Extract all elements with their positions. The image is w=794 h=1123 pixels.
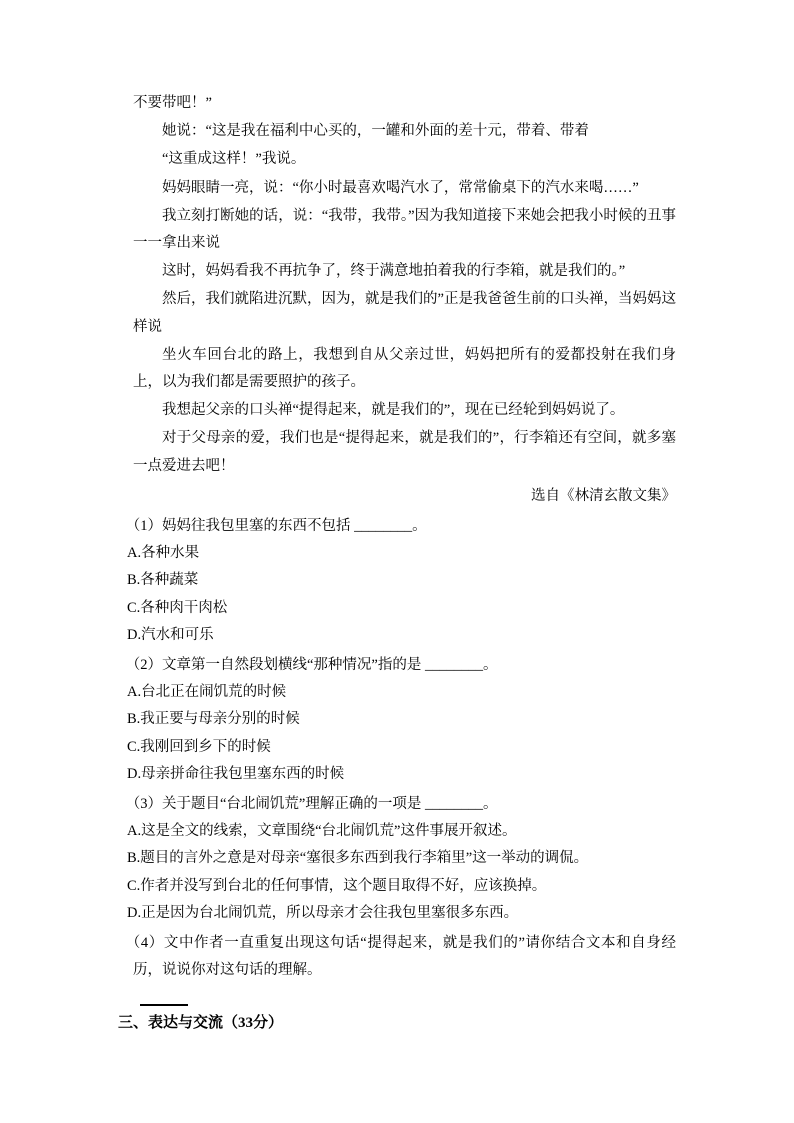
question-3: （3）关于题目“台北闹饥荒”理解正确的一项是 ________。 A.这是全文的… [118,791,676,927]
question-prompt: （1）妈妈往我包里塞的东西不包括 ________。 [133,513,676,540]
option-a: A.各种水果 [127,540,676,567]
question-prompt: （2）文章第一自然段划横线“那种情况”指的是 ________。 [133,652,676,679]
passage-paragraph: 妈妈眼睛一亮，说：“你小时最喜欢喝汽水了，常常偷桌下的汽水来喝……” [133,175,676,202]
option-b: B.各种蔬菜 [127,567,676,594]
page-content: 不要带吧！” 她说：“这是我在福利中心买的，一罐和外面的差十元，带着、带着 “这… [118,90,676,1037]
passage-paragraph: 这时，妈妈看我不再抗争了，终于满意地拍着我的行李箱，就是我们的。” [133,258,676,285]
option-c: C.作者并没写到台北的任何事情，这个题目取得不好，应该换掉。 [127,873,676,900]
option-c: C.我刚回到乡下的时候 [127,734,676,761]
passage-paragraph: 坐火车回台北的路上，我想到自从父亲过世，妈妈把所有的爱都投射在我们身上，以为我们… [133,342,676,396]
question-4: （4）文中作者一直重复出现这句话“提得起来，就是我们的”请你结合文本和自身经历，… [118,930,676,984]
question-1: （1）妈妈往我包里塞的东西不包括 ________。 A.各种水果 B.各种蔬菜… [118,513,676,649]
option-a: A.台北正在闹饥荒的时候 [127,679,676,706]
passage-paragraph: 对于父母亲的爱，我们也是“提得起来，就是我们的”，行李箱还有空间，就多塞一点爱进… [133,425,676,479]
question-prompt: （3）关于题目“台北闹饥荒”理解正确的一项是 ________。 [133,791,676,818]
option-a: A.这是全文的线索，文章围绕“台北闹饥荒”这件事展开叙述。 [127,818,676,845]
option-d: D.正是因为台北闹饥荒，所以母亲才会往我包里塞很多东西。 [127,900,676,927]
option-b: B.题目的言外之意是对母亲“塞很多东西到我行李箱里”这一举动的调侃。 [127,845,676,872]
passage-paragraph: 她说：“这是我在福利中心买的，一罐和外面的差十元，带着、带着 [133,118,676,145]
passage-paragraph: 我想起父亲的口头禅“提得起来，就是我们的”，现在已经轮到妈妈说了。 [133,397,676,424]
passage-paragraph: “这重成这样！”我说。 [133,146,676,173]
document-page: 不要带吧！” 她说：“这是我在福利中心买的，一罐和外面的差十元，带着、带着 “这… [0,0,794,1123]
reading-passage: 不要带吧！” 她说：“这是我在福利中心买的，一罐和外面的差十元，带着、带着 “这… [118,90,676,480]
option-b: B.我正要与母亲分别的时候 [127,706,676,733]
question-list: （1）妈妈往我包里塞的东西不包括 ________。 A.各种水果 B.各种蔬菜… [118,513,676,984]
source-attribution: 选自《林清玄散文集》 [133,483,676,510]
passage-paragraph: 然后，我们就陷进沉默，因为，就是我们的”正是我爸爸生前的口头禅，当妈妈这样说 [133,286,676,340]
option-d: D.母亲拼命往我包里塞东西的时候 [127,761,676,788]
option-c: C.各种肉干肉松 [127,595,676,622]
question-prompt: （4）文中作者一直重复出现这句话“提得起来，就是我们的”请你结合文本和自身经历，… [133,930,676,984]
passage-paragraph: 不要带吧！” [133,90,676,117]
option-d: D.汽水和可乐 [127,622,676,649]
question-2: （2）文章第一自然段划横线“那种情况”指的是 ________。 A.台北正在闹… [118,652,676,788]
passage-paragraph: 我立刻打断她的话，说：“我带，我带。”因为我知道接下来她会把我小时候的丑事一一拿… [133,203,676,257]
answer-blank-line [118,988,676,1015]
